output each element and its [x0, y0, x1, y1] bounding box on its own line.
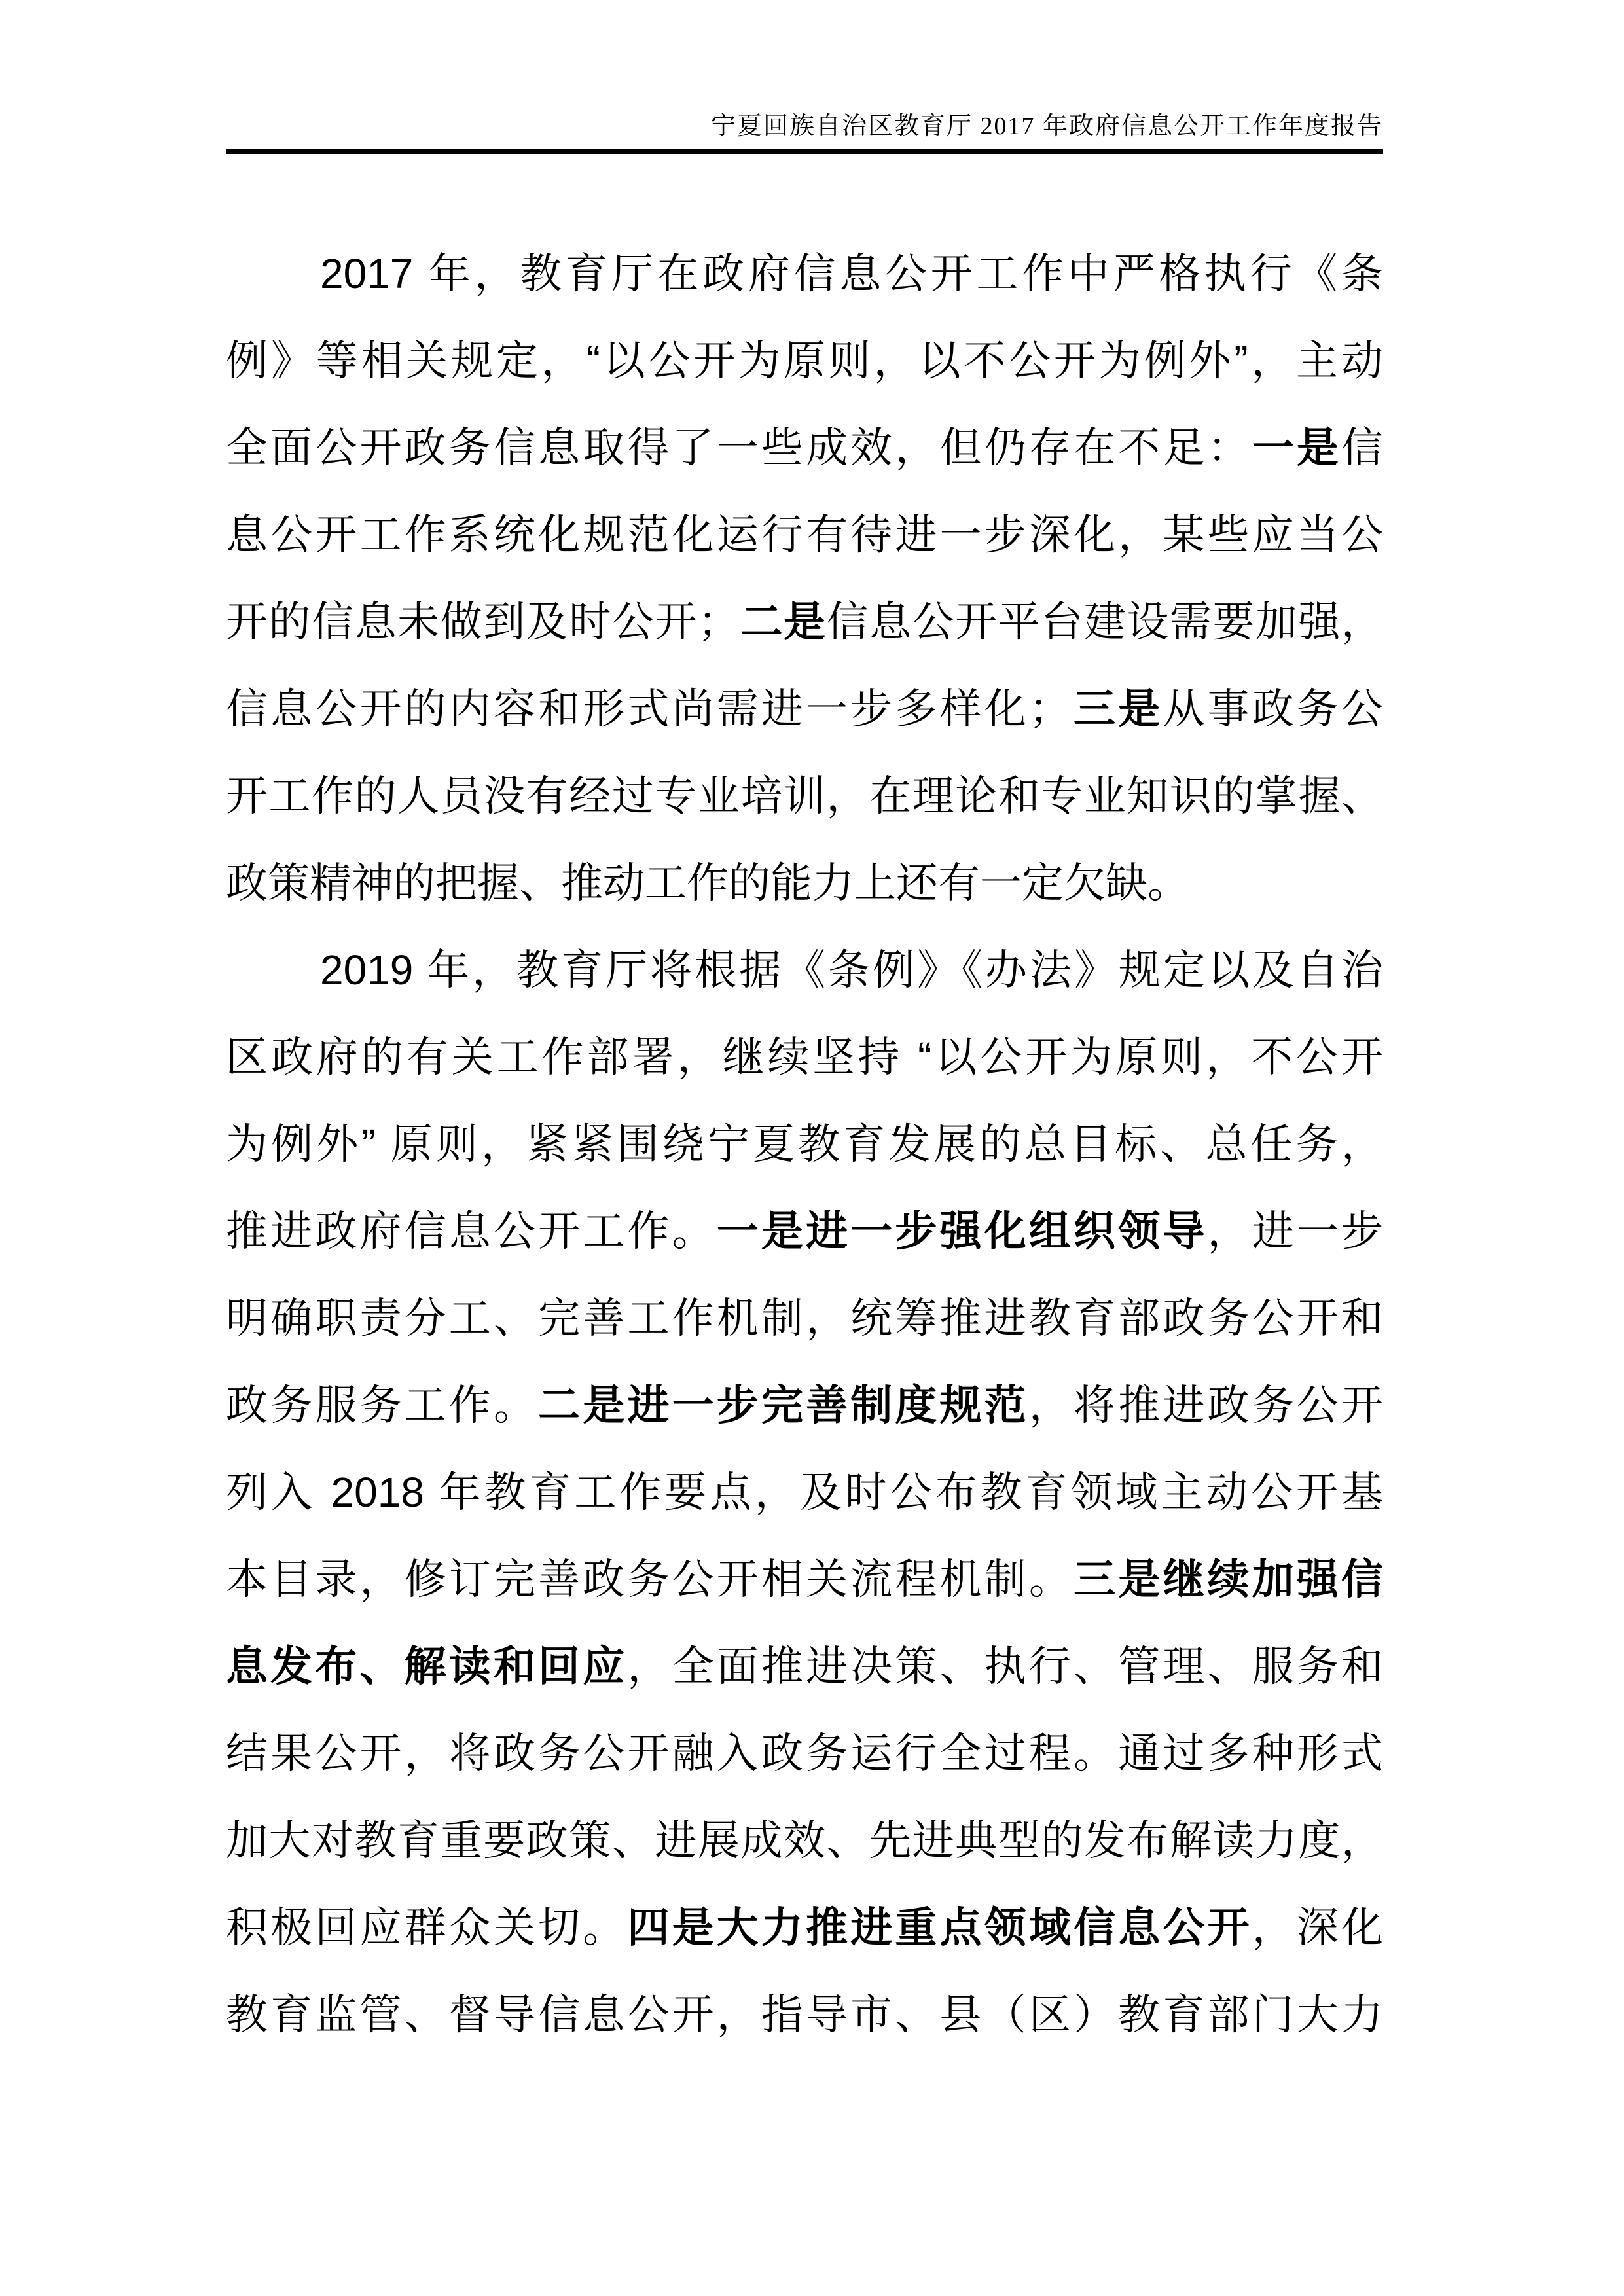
text-run: ，全面推进决策、执行、管理、服务和 [627, 1643, 1383, 1690]
bold-text-run: 三是继续加强信 [1074, 1556, 1383, 1603]
document-page: 宁夏回族自治区教育厅 2017 年政府信息公开工作年度报告 2017 年，教育厅… [0, 0, 1624, 2296]
text-line: 例》等相关规定，“以公开为原则，以不公开为例外”，主动 [226, 317, 1383, 404]
bold-text-run: 三是 [1071, 685, 1163, 732]
text-line: 开的信息未做到及时公开；二是信息公开平台建设需要加强， [226, 579, 1383, 666]
text-run: 政务服务工作。 [226, 1382, 538, 1429]
page-header-title: 宁夏回族自治区教育厅 2017 年政府信息公开工作年度报告 [226, 110, 1383, 143]
text-run: 信 [1341, 424, 1383, 471]
text-line: 区政府的有关工作部署，继续坚持 “以公开为原则，不公开 [226, 1014, 1383, 1101]
text-run: 政策精神的把握、推动工作的能力上还有一定欠缺。 [226, 859, 1189, 906]
text-line: 息公开工作系统化规范化运行有待进一步深化，某些应当公 [226, 492, 1383, 579]
bold-text-run: 二是进一步完善制度规范 [538, 1382, 1029, 1429]
text-line: 加大对教育重要政策、进展成效、先进典型的发布解读力度， [226, 1797, 1383, 1884]
text-line: 全面公开政务信息取得了一些成效，但仍存在不足：一是信 [226, 404, 1383, 492]
text-run: ，深化 [1252, 1904, 1383, 1951]
text-run: 本目录，修订完善政务公开相关流程机制。 [226, 1556, 1074, 1603]
text-run: 全面公开政务信息取得了一些成效，但仍存在不足： [226, 424, 1252, 471]
text-line: 为例外” 原则，紧紧围绕宁夏教育发展的总目标、总任务， [226, 1101, 1383, 1188]
bold-text-run: 一是 [1252, 424, 1341, 471]
text-run: 积极回应群众关切。 [226, 1904, 627, 1951]
text-run: 加大对教育重要政策、进展成效、先进典型的发布解读力度， [226, 1817, 1383, 1864]
text-line: 息发布、解读和回应，全面推进决策、执行、管理、服务和 [226, 1623, 1383, 1710]
text-line: 教育监管、督导信息公开，指导市、县（区）教育部门大力 [226, 1971, 1383, 2058]
text-run: 区政府的有关工作部署，继续坚持 “以公开为原则，不公开 [226, 1033, 1383, 1081]
text-line: 政务服务工作。二是进一步完善制度规范，将推进政务公开 [226, 1362, 1383, 1449]
text-line: 列入 2018 年教育工作要点，及时公布教育领域主动公开基 [226, 1449, 1383, 1536]
text-run: 结果公开，将政务公开融入政务运行全过程。通过多种形式 [226, 1730, 1383, 1777]
text-run: 教育监管、督导信息公开，指导市、县（区）教育部门大力 [226, 1991, 1383, 2038]
text-line: 信息公开的内容和形式尚需进一步多样化；三是从事政务公 [226, 666, 1383, 753]
text-run: 2017 年，教育厅在政府信息公开工作中严格执行《条 [320, 250, 1383, 297]
text-line: 2019 年，教育厅将根据《条例》《办法》规定以及自治 [226, 927, 1383, 1014]
text-line: 开工作的人员没有经过专业培训，在理论和专业知识的掌握、 [226, 753, 1383, 840]
text-run: 从事政务公 [1163, 685, 1383, 732]
text-run: 推进政府信息公开工作。 [226, 1208, 717, 1255]
bold-text-run: 息发布、解读和回应 [226, 1643, 627, 1690]
text-run: 列入 2018 年教育工作要点，及时公布教育领域主动公开基 [226, 1469, 1383, 1516]
text-line: 本目录，修订完善政务公开相关流程机制。三是继续加强信 [226, 1536, 1383, 1623]
bold-text-run: 一是进一步强化组织领导 [717, 1208, 1208, 1255]
text-run: ，进一步 [1208, 1208, 1383, 1255]
text-line: 积极回应群众关切。四是大力推进重点领域信息公开，深化 [226, 1884, 1383, 1971]
text-run: 信息公开的内容和形式尚需进一步多样化； [226, 685, 1071, 732]
text-run: 信息公开平台建设需要加强， [827, 598, 1383, 645]
text-run: 开工作的人员没有经过专业培训，在理论和专业知识的掌握、 [226, 772, 1383, 819]
text-line: 2017 年，教育厅在政府信息公开工作中严格执行《条 [226, 230, 1383, 317]
text-line: 结果公开，将政务公开融入政务运行全过程。通过多种形式 [226, 1710, 1383, 1797]
text-run: 为例外” 原则，紧紧围绕宁夏教育发展的总目标、总任务， [226, 1121, 1383, 1168]
text-line: 明确职责分工、完善工作机制，统筹推进教育部政务公开和 [226, 1275, 1383, 1362]
text-run: 明确职责分工、完善工作机制，统筹推进教育部政务公开和 [226, 1295, 1383, 1342]
text-run: 开的信息未做到及时公开； [226, 598, 740, 645]
text-run: ，将推进政务公开 [1029, 1382, 1383, 1429]
document-body: 2017 年，教育厅在政府信息公开工作中严格执行《条例》等相关规定，“以公开为原… [226, 230, 1383, 2058]
text-run: 例》等相关规定，“以公开为原则，以不公开为例外”，主动 [226, 337, 1383, 384]
bold-text-run: 二是 [740, 598, 827, 645]
text-run: 息公开工作系统化规范化运行有待进一步深化，某些应当公 [226, 511, 1383, 558]
text-line: 推进政府信息公开工作。一是进一步强化组织领导，进一步 [226, 1188, 1383, 1275]
text-line: 政策精神的把握、推动工作的能力上还有一定欠缺。 [226, 840, 1383, 927]
text-run: 2019 年，教育厅将根据《条例》《办法》规定以及自治 [320, 946, 1383, 994]
bold-text-run: 四是大力推进重点领域信息公开 [627, 1904, 1252, 1951]
header-divider-rule [226, 149, 1383, 154]
